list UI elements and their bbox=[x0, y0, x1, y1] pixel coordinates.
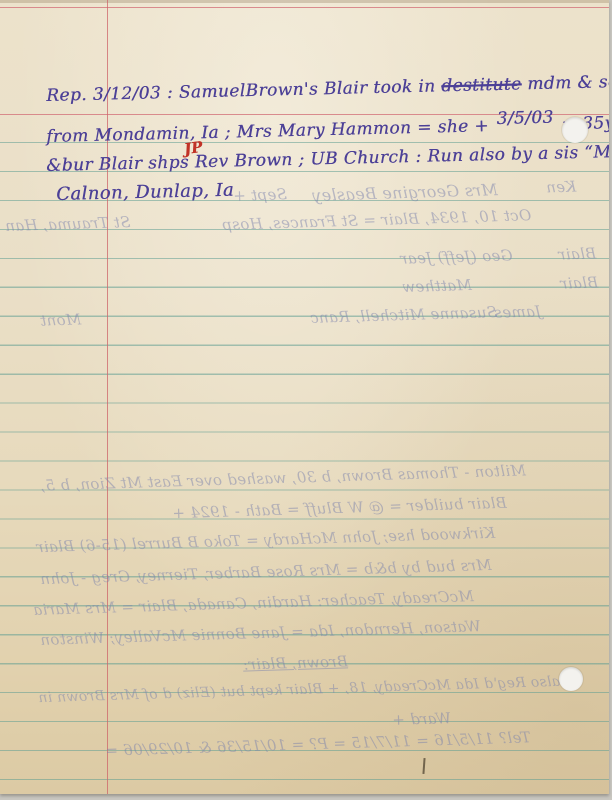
note-line-2-raised-date: 3/5/03 bbox=[496, 108, 554, 129]
note-line-1-post: mdm & son (12yr) bbox=[521, 70, 609, 94]
punch-hole-bottom bbox=[559, 667, 583, 691]
bleedthrough-line: Blair bbox=[560, 273, 599, 292]
bleedthrough-line: Matthew bbox=[402, 276, 472, 296]
paper-top-edge-shadow bbox=[0, 0, 609, 3]
bleedthrough-line: Mont bbox=[40, 310, 82, 329]
bleedthrough-line: Geo (Jeff) Jear bbox=[400, 246, 513, 268]
bleedthrough-line: Sept + bbox=[233, 185, 287, 205]
note-line-1: Rep. 3/12/03 : SamuelBrown's Blair took … bbox=[46, 70, 609, 106]
bleedthrough-line: Brown, Blair: bbox=[243, 652, 348, 673]
red-header-line-top bbox=[0, 7, 609, 8]
scanned-notebook-page: Ken Sept + Mrs Georgine Beasley Oct 10, … bbox=[0, 0, 612, 800]
bleedthrough-line: Ward + bbox=[392, 709, 452, 729]
red-margin-line bbox=[107, 0, 108, 794]
bleedthrough-line: Ken bbox=[546, 178, 577, 197]
note-line-1-pre: Rep. 3/12/03 : SamuelBrown's Blair took … bbox=[46, 76, 442, 106]
bleedthrough-line: Blair bbox=[558, 244, 597, 263]
ledger-paper-sheet: Ken Sept + Mrs Georgine Beasley Oct 10, … bbox=[0, 0, 609, 794]
bleedthrough-line: James bbox=[494, 302, 542, 321]
punch-hole-top bbox=[562, 117, 588, 143]
note-line-4: Calnon, Dunlap, Ia bbox=[56, 180, 234, 205]
note-line-1-struck-word: destitute bbox=[441, 74, 522, 96]
red-jp-insertion-mark: JP bbox=[183, 138, 204, 158]
